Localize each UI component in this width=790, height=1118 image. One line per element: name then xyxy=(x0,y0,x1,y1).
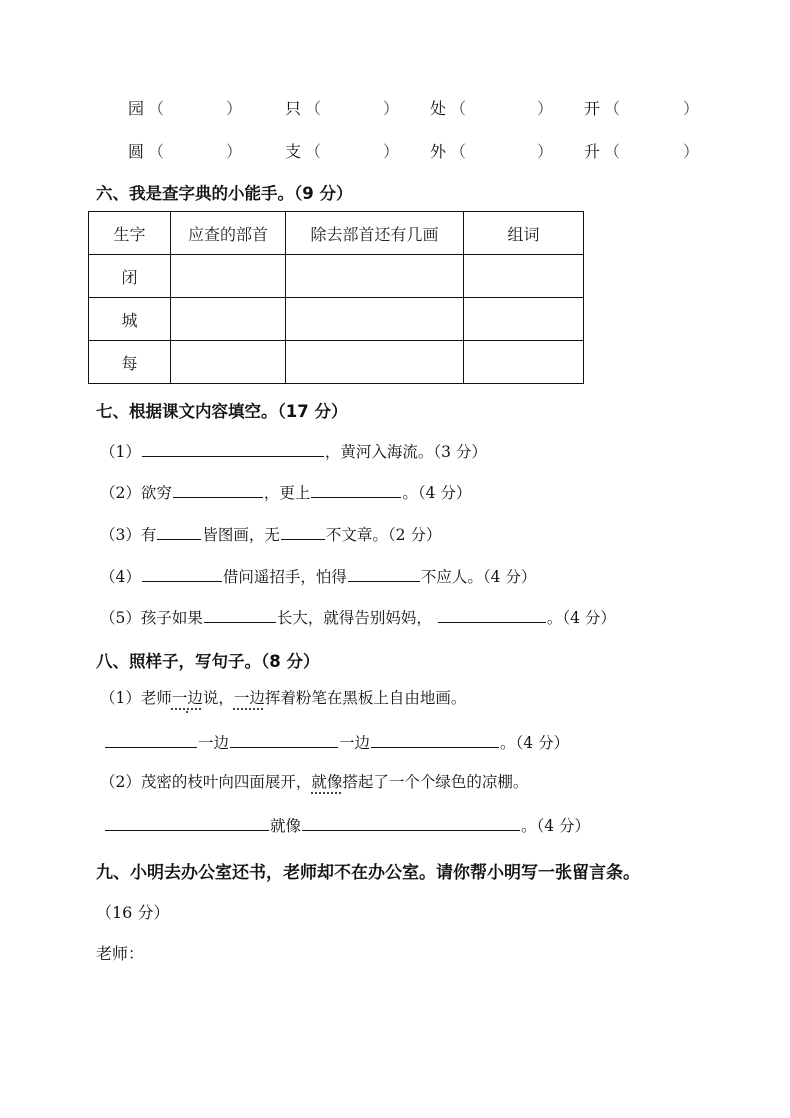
answer-blank[interactable] xyxy=(311,481,401,498)
stroke-count-input-cell[interactable] xyxy=(286,341,464,384)
char-item: 只 xyxy=(285,96,301,119)
char-item: 升 xyxy=(584,139,600,162)
fill-item-3: （3）有皆图画，无不文章。（2 分） xyxy=(100,523,441,545)
emphasis-word: 一边 xyxy=(234,689,265,707)
item-text: 借问遥招手，怕得 xyxy=(223,568,347,586)
radical-input-cell[interactable] xyxy=(171,341,286,384)
note-salutation: 老师： xyxy=(96,941,144,964)
col-header: 应查的部首 xyxy=(171,212,286,255)
example-sentence-1: （1）老师一边说，一边挥着粉笔在黑板上自由地画。 xyxy=(100,686,466,708)
col-header: 除去部首还有几画 xyxy=(286,212,464,255)
word-input-cell[interactable] xyxy=(464,298,584,341)
answer-blank[interactable] xyxy=(142,440,324,457)
item-text: ，黄河入海流。（3 分） xyxy=(325,443,487,461)
char-item: 支 xyxy=(285,139,301,162)
answer-paren-close: ） xyxy=(537,139,553,162)
answer-paren-close: ） xyxy=(226,139,242,162)
answer-blank[interactable] xyxy=(204,606,276,623)
radical-input-cell[interactable] xyxy=(171,298,286,341)
emphasis-word: 就像 xyxy=(311,773,342,791)
answer-blank[interactable] xyxy=(281,523,325,540)
answer-paren-close: ） xyxy=(226,96,242,119)
item-number: （2）欲穷 xyxy=(100,484,172,502)
word-input-cell[interactable] xyxy=(464,341,584,384)
answer-paren-open: （ xyxy=(148,96,164,119)
table-row: 每 xyxy=(89,341,584,384)
answer-blank[interactable] xyxy=(157,523,201,540)
item-text: 长大，就得告别妈妈， xyxy=(277,609,432,627)
fill-item-1: （1），黄河入海流。（3 分） xyxy=(100,440,487,462)
section6-heading: 六、我是查字典的小能手。（9 分） xyxy=(96,180,352,204)
answer-paren-close: ） xyxy=(383,96,399,119)
char-item: 园 xyxy=(128,96,144,119)
answer-paren-open: （ xyxy=(450,139,466,162)
section9-heading: 九、小明去办公室还书，老师却不在办公室。请你帮小明写一张留言条。 xyxy=(96,858,640,883)
answer-blank[interactable] xyxy=(438,606,546,623)
example-text: 说， xyxy=(203,689,234,707)
answer-blank[interactable] xyxy=(173,481,263,498)
item-text: 。（4 分） xyxy=(547,609,616,627)
pattern-word: 一边 xyxy=(198,734,229,752)
char-row-1: 园 （ ） 只 （ ） 处 （ ） 开 （ ） xyxy=(0,96,790,120)
answer-paren-close: ） xyxy=(383,139,399,162)
item-text: 不文章。（2 分） xyxy=(326,526,442,544)
char-cell: 城 xyxy=(89,298,171,341)
pattern-word: 就像 xyxy=(270,817,301,835)
item-text: 。（4 分） xyxy=(402,484,471,502)
fill-item-2: （2）欲穷，更上。（4 分） xyxy=(100,481,471,503)
word-input-cell[interactable] xyxy=(464,255,584,298)
item-text: 皆图画，无 xyxy=(202,526,280,544)
pattern-word: 一边 xyxy=(339,734,370,752)
col-header: 生字 xyxy=(89,212,171,255)
item-number: （1） xyxy=(100,443,141,461)
example-text: 搭起了一个个绿色的凉棚。 xyxy=(342,773,528,791)
table-row: 闭 xyxy=(89,255,584,298)
char-cell: 每 xyxy=(89,341,171,384)
char-row-2: 圆 （ ） 支 （ ） 外 （ ） 升 （ ） xyxy=(0,139,790,163)
fill-item-4: （4）借问遥招手，怕得不应人。（4 分） xyxy=(100,565,536,587)
answer-paren-close: ） xyxy=(683,139,699,162)
answer-paren-open: （ xyxy=(305,96,321,119)
score-label: 。（4 分） xyxy=(500,734,569,752)
example-sentence-2: （2）茂密的枝叶向四面展开，就像搭起了一个个绿色的凉棚。 xyxy=(100,770,528,792)
answer-paren-open: （ xyxy=(450,96,466,119)
answer-blank[interactable] xyxy=(371,731,499,748)
answer-sentence-2: 就像。（4 分） xyxy=(104,814,590,836)
section8-heading: 八、照样子，写句子。（8 分） xyxy=(96,648,319,672)
char-item: 圆 xyxy=(128,139,144,162)
stroke-count-input-cell[interactable] xyxy=(286,298,464,341)
item-text: ，更上 xyxy=(264,484,311,502)
char-item: 开 xyxy=(584,96,600,119)
answer-blank[interactable] xyxy=(230,731,338,748)
dictionary-table: 生字 应查的部首 除去部首还有几画 组词 闭 城 每 xyxy=(88,211,584,384)
answer-paren-close: ） xyxy=(537,96,553,119)
char-cell: 闭 xyxy=(89,255,171,298)
answer-paren-open: （ xyxy=(305,139,321,162)
item-number: （4） xyxy=(100,568,141,586)
answer-blank[interactable] xyxy=(105,731,197,748)
fill-item-5: （5）孩子如果长大，就得告别妈妈，。（4 分） xyxy=(100,606,616,628)
col-header: 组词 xyxy=(464,212,584,255)
answer-blank[interactable] xyxy=(105,814,269,831)
stroke-count-input-cell[interactable] xyxy=(286,255,464,298)
answer-paren-close: ） xyxy=(683,96,699,119)
table-header-row: 生字 应查的部首 除去部首还有几画 组词 xyxy=(89,212,584,255)
example-text: （2）茂密的枝叶向四面展开， xyxy=(100,773,311,791)
item-number: （5）孩子如果 xyxy=(100,609,203,627)
answer-paren-open: （ xyxy=(148,139,164,162)
answer-blank[interactable] xyxy=(348,565,420,582)
answer-sentence-1: 一边一边。（4 分） xyxy=(104,731,569,753)
answer-blank[interactable] xyxy=(302,814,520,831)
emphasis-word: 一边 xyxy=(172,689,203,707)
answer-paren-open: （ xyxy=(604,96,620,119)
section9-score: （16 分） xyxy=(96,900,169,923)
score-label: 。（4 分） xyxy=(521,817,590,835)
answer-paren-open: （ xyxy=(604,139,620,162)
radical-input-cell[interactable] xyxy=(171,255,286,298)
item-text: 不应人。（4 分） xyxy=(421,568,537,586)
example-text: （1）老师 xyxy=(100,689,172,707)
answer-blank[interactable] xyxy=(142,565,222,582)
char-item: 处 xyxy=(430,96,446,119)
char-item: 外 xyxy=(430,139,446,162)
item-number: （3）有 xyxy=(100,526,156,544)
section7-heading: 七、根据课文内容填空。（17 分） xyxy=(96,398,347,422)
table-row: 城 xyxy=(89,298,584,341)
example-text: 挥着粉笔在黑板上自由地画。 xyxy=(265,689,467,707)
